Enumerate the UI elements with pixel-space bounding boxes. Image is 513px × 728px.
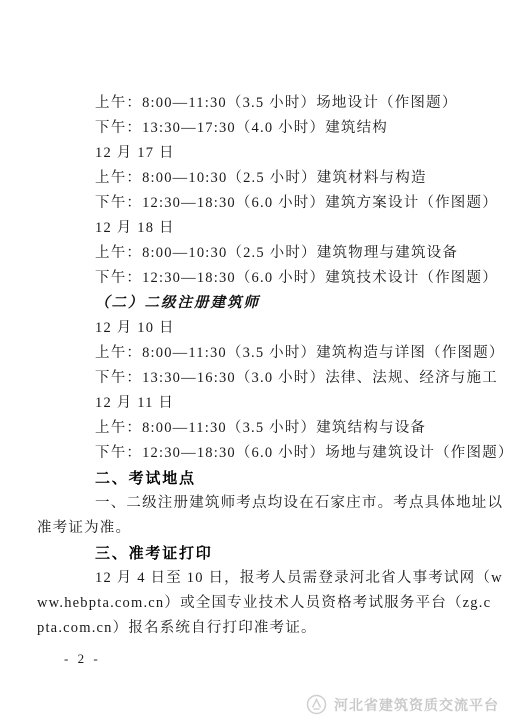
schedule-line-afternoon: 下午：13:30—16:30（3.0 小时）法律、法规、经济与施工 — [37, 366, 481, 391]
exam-date-line: 12 月 11 日 — [37, 391, 481, 416]
paragraph-line-exam-location: 一、二级注册建筑师考点均设在石家庄市。考点具体地址以 — [37, 491, 481, 516]
schedule-line-morning: 上午：8:00—11:30（3.5 小时）场地设计（作图题） — [37, 91, 481, 116]
schedule-line-morning: 上午：8:00—11:30（3.5 小时）建筑结构与设备 — [37, 416, 481, 441]
platform-logo-icon — [306, 694, 327, 715]
footer-watermark: 河北省建筑资质交流平台 — [306, 694, 499, 715]
exam-date-line: 12 月 18 日 — [37, 216, 481, 241]
paragraph-line-ticket-printing: 12 月 4 日至 10 日，报考人员需登录河北省人事考试网（w — [37, 566, 481, 591]
schedule-line-morning: 上午：8:00—10:30（2.5 小时）建筑物理与建筑设备 — [37, 241, 481, 266]
paragraph-line-ticket-printing: ww.hebpta.com.cn）或全国专业技术人员资格考试服务平台（zg.c — [37, 591, 481, 616]
document-body: 上午：8:00—11:30（3.5 小时）场地设计（作图题） 下午：13:30—… — [37, 91, 481, 641]
subsection-heading-level2-architect: （二）二级注册建筑师 — [37, 291, 481, 316]
section-heading-ticket-printing: 三、准考证打印 — [37, 541, 481, 566]
schedule-line-afternoon: 下午：12:30—18:30（6.0 小时）建筑技术设计（作图题） — [37, 266, 481, 291]
schedule-line-morning: 上午：8:00—11:30（3.5 小时）建筑构造与详图（作图题） — [37, 341, 481, 366]
schedule-line-morning: 上午：8:00—10:30（2.5 小时）建筑材料与构造 — [37, 166, 481, 191]
schedule-line-afternoon: 下午：12:30—18:30（6.0 小时）建筑方案设计（作图题） — [37, 191, 481, 216]
exam-date-line: 12 月 17 日 — [37, 141, 481, 166]
exam-date-line: 12 月 10 日 — [37, 316, 481, 341]
section-heading-exam-location: 二、考试地点 — [37, 466, 481, 491]
watermark-label: 河北省建筑资质交流平台 — [334, 695, 499, 715]
paragraph-line-exam-location: 准考证为准。 — [37, 516, 481, 541]
document-page: 上午：8:00—11:30（3.5 小时）场地设计（作图题） 下午：13:30—… — [0, 0, 513, 728]
schedule-line-afternoon: 下午：12:30—18:30（6.0 小时）场地与建筑设计（作图题） — [37, 441, 481, 466]
schedule-line-afternoon: 下午：13:30—17:30（4.0 小时）建筑结构 — [37, 116, 481, 141]
paragraph-line-ticket-printing: pta.com.cn）报名系统自行打印准考证。 — [37, 616, 481, 641]
page-number: - 2 - — [64, 651, 101, 667]
